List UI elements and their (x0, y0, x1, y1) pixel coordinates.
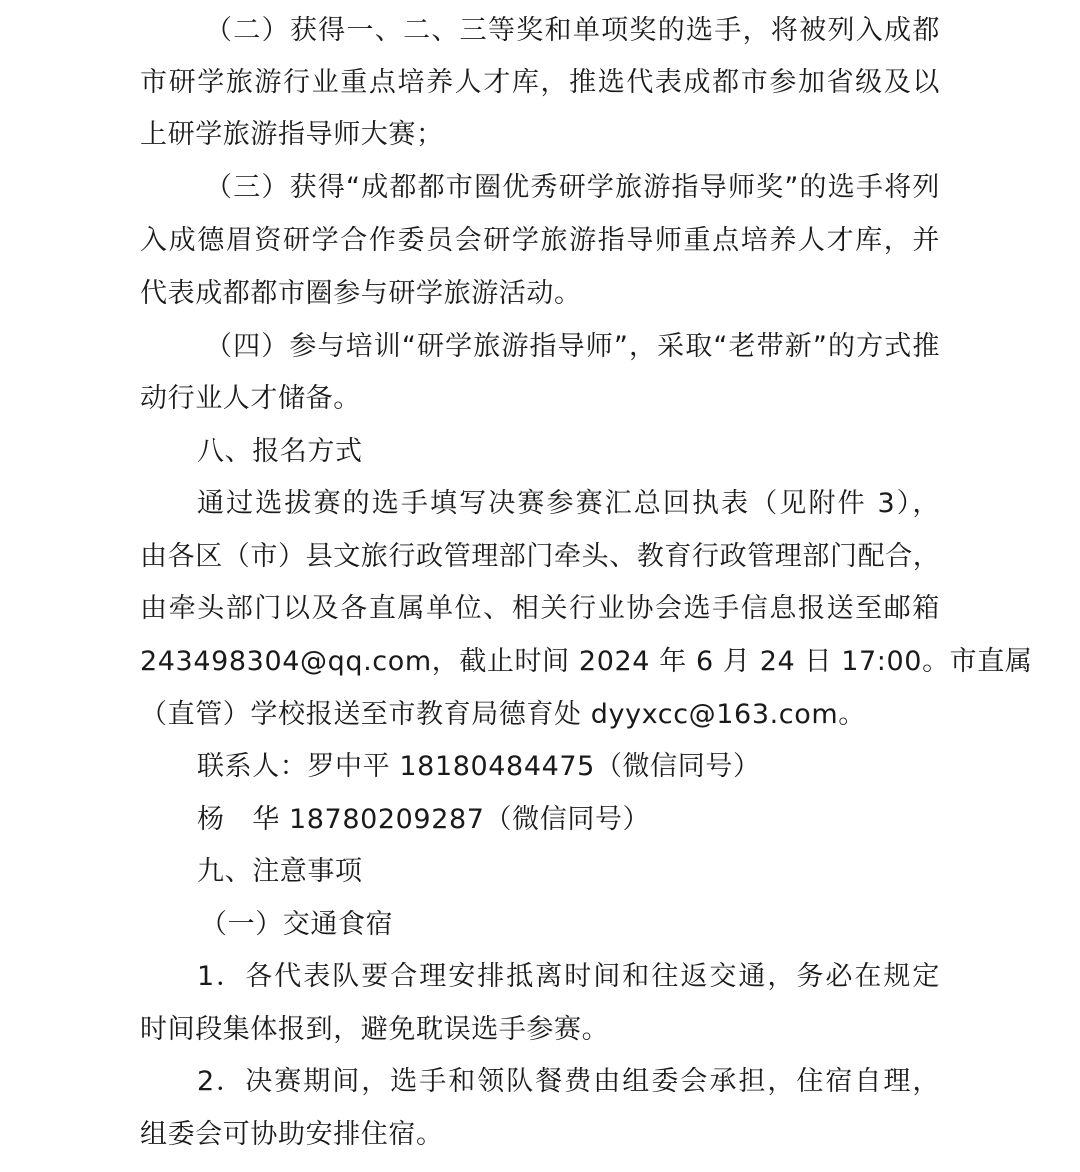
contact-line-1: 联系人：罗中平 18180484475（微信同号） (197, 747, 761, 787)
document-page: （二）获得一、二、三等奖和单项奖的选手，将被列入成都 市研学旅游行业重点培养人才… (0, 0, 1080, 1172)
award-item-2-line-1: （二）获得一、二、三等奖和单项奖的选手，将被列入成都 (205, 11, 940, 51)
notice-2-line-2: 组委会可协助安排住宿。 (140, 1115, 444, 1155)
award-item-4-line-2: 动行业人才储备。 (140, 379, 361, 419)
registration-para-line-2: 由各区（市）县文旅行政管理部门牵头、教育行政管理部门配合， (140, 537, 940, 577)
contact-line-2: 杨 华 18780209287（微信同号） (197, 800, 650, 840)
notice-2-line-1: 2．决赛期间，选手和领队餐费由组委会承担，住宿自理， (197, 1062, 940, 1102)
subheading-transport-lodging: （一）交通食宿 (200, 905, 393, 945)
notice-1-line-2: 时间段集体报到，避免耽误选手参赛。 (140, 1010, 609, 1050)
section-heading-registration: 八、报名方式 (197, 432, 363, 472)
notice-1-line-1: 1．各代表队要合理安排抵离时间和往返交通，务必在规定 (197, 957, 940, 997)
award-item-3-line-2: 入成德眉资研学合作委员会研学旅游指导师重点培养人才库，并 (140, 221, 940, 261)
award-item-2-line-2: 市研学旅游行业重点培养人才库，推选代表成都市参加省级及以 (140, 63, 940, 103)
award-item-4-line-1: （四）参与培训“研学旅游指导师”，采取“老带新”的方式推 (205, 327, 940, 367)
registration-para-line-3: 由牵头部门以及各直属单位、相关行业协会选手信息报送至邮箱 (140, 589, 940, 629)
registration-para-line-4-email-deadline: 243498304@qq.com，截止时间 2024 年 6 月 24 日 17… (140, 642, 940, 682)
award-item-2-line-3: 上研学旅游指导师大赛； (140, 115, 444, 155)
section-heading-notices: 九、注意事项 (197, 852, 363, 892)
award-item-3-line-1: （三）获得“成都都市圈优秀研学旅游指导师奖”的选手将列 (205, 168, 940, 208)
registration-para-line-1: 通过选拔赛的选手填写决赛参赛汇总回执表（见附件 3）， (197, 484, 940, 524)
award-item-3-line-3: 代表成都都市圈参与研学旅游活动。 (140, 274, 582, 314)
registration-para-line-5-school-email: （直管）学校报送至市教育局德育处 dyyxcc@163.com。 (140, 695, 866, 735)
